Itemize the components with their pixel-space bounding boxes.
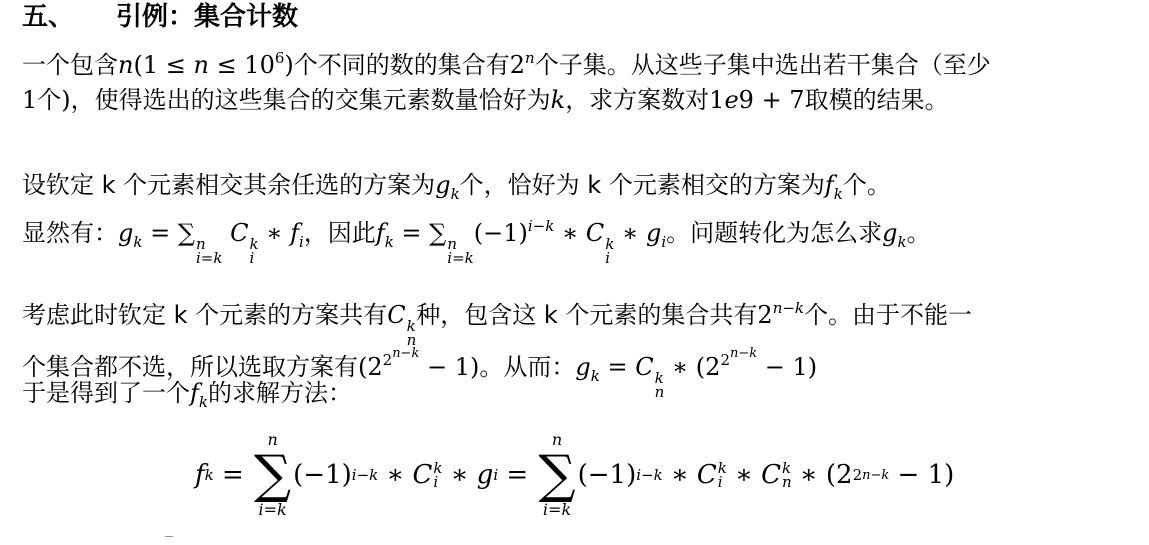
sigma-icon: ∑ [538,449,575,501]
problem-line-2: 1个)，使得选出的这些集合的交集元素数量恰好为k，求方案数对1e9 + 7取模的… [22,85,949,115]
subscript: k [834,185,843,203]
var-f: f [190,379,199,407]
text: 个。由于不能一 [804,301,972,329]
var-f: f [195,460,205,490]
text: 个元素相交的方案为 [601,171,825,199]
text: 。问题转化为怎么求 [666,219,882,247]
summation-2: n ∑ i=k [538,431,575,519]
text: 个不同的数的集合有2 [294,51,525,79]
text: 个元素的集合共有2 [558,301,773,329]
var-e: e [724,86,738,114]
text: 于是得到了一个 [22,379,190,407]
lower: n [655,385,665,399]
var-C: C [222,219,248,247]
lower-limit: i=k [259,501,287,519]
subscript: k [205,466,214,484]
sigma-icon: ∑ [254,449,291,501]
lower-limit: i=k [543,501,571,519]
text: ∗ [378,460,412,490]
text: ∗ (2 [664,353,720,381]
exponent: n−k [862,468,889,483]
text: ，求方案数对1 [565,86,724,114]
text: ∗ [259,219,291,247]
summation-1: n ∑ i=k [254,431,291,519]
var-C: C [586,219,604,247]
text: 显然有： [22,219,118,247]
var-f: f [825,171,834,199]
text: (−1) [293,460,352,490]
var-n: n [118,51,133,79]
var-g: g [118,219,133,247]
subscript: k [385,233,394,251]
C-indices: ki [249,237,258,265]
exponent: 2 [720,351,730,369]
subscript: k [898,233,907,251]
text: ，因此 [304,219,376,247]
text: (−1) [578,460,637,490]
text: 个子集。从这些子集中选出若干集合（至少 [535,51,991,79]
C-indices: kn [655,371,665,399]
var-g: g [477,460,494,490]
sum-symbol: = ∑ [394,219,447,247]
var-g: g [435,171,450,199]
text: ∗ [442,460,476,490]
equals: = [498,460,536,490]
var-k: k [174,301,188,329]
exponent: 2 [853,466,863,484]
text: − 1) [889,460,954,490]
exponent: 6 [275,49,285,67]
definition-line-2: 显然有：gk = ∑ni=k Cki ∗ fi，因此fk = ∑ni=k(−1)… [22,211,931,265]
sum-symbol: = ∑ [142,219,195,247]
text: ∗ [663,460,697,490]
definition-line-1: 设钦定 k 个元素相交其余任选的方案为gk个，恰好为 k 个元素相交的方案为fk… [22,170,891,209]
exponent: i−k [352,466,378,484]
text: 个元素的方案共有 [188,301,388,329]
subscript: k [591,367,600,385]
var-f: f [290,219,299,247]
exponent: n−k [392,346,419,361]
sum-limits: ni=k [196,237,222,265]
text: 。 [907,219,931,247]
cut-off-fragment [165,536,173,541]
exponent: n−k [773,299,804,317]
subscript: k [199,393,208,411]
text: 考虑此时钦定 [22,301,174,329]
text: ∗ [554,219,586,247]
text: ∗ [614,219,646,247]
sum-limits: ni=k [447,237,473,265]
text: ) [284,51,293,79]
lower: i=k [447,251,473,265]
text: ∗ (2 [792,460,853,490]
text: 设钦定 [22,171,102,199]
subscript: k [451,185,460,203]
var-f: f [376,219,385,247]
equals: = [214,460,252,490]
var-C: C [387,301,405,329]
text: (−1) [474,219,528,247]
var-g: g [882,219,897,247]
section-heading: 五、引例：集合计数 [22,2,298,32]
exponent: n−k [730,346,757,361]
var-k: k [544,301,558,329]
text: ∗ [727,460,761,490]
text: 个元素相交其余任选的方案为 [116,171,436,199]
display-formula: fk = n ∑ i=k (−1)i−k ∗ Cki ∗ gi = n ∑ i=… [195,425,954,525]
lower: n [782,475,792,489]
problem-line-1: 一个包含n(1 ≤ n ≤ 106)个不同的数的集合有2n个子集。从这些子集中选… [22,43,991,80]
text: 1个)，使得选出的这些集合的交集元素数量恰好为 [22,86,551,114]
text: 个。 [843,171,891,199]
var-k: k [551,86,566,114]
text: (1 ≤ [133,51,193,79]
text: 一个包含 [22,51,118,79]
var-C: C [635,353,653,381]
text: − 1) [757,353,817,381]
lower: i [249,251,258,265]
exponent: i−k [636,466,662,484]
var-C: C [761,460,781,490]
text: 个，恰好为 [460,171,588,199]
exponent: n [525,49,535,67]
section-number: 五、 [22,2,116,32]
text: − 1)。从而： [419,353,575,381]
var-g: g [646,219,661,247]
lower: i=k [196,251,222,265]
text: 种，包含这 [416,301,544,329]
var-k: k [102,171,116,199]
text: 9 + 7取模的结果。 [739,86,949,114]
C-indices: kn [782,461,792,489]
exponent: i−k [528,217,554,235]
lower: i [433,475,442,489]
C-indices: ki [433,461,442,489]
C-indices: ki [718,461,727,489]
text: = [600,353,635,381]
exponent: 2 [383,351,393,369]
var-g: g [575,353,590,381]
section-title: 引例：集合计数 [116,2,298,32]
lower: i [718,475,727,489]
var-C: C [697,460,717,490]
var-k: k [587,171,601,199]
text: 的求解方法： [208,379,352,407]
var-C: C [412,460,432,490]
text: ≤ 10 [209,51,275,79]
text: 个集合都不选，所以选取方案有(2 [22,353,383,381]
derivation-line-3: 于是得到了一个fk的求解方法： [22,378,352,417]
var-n: n [193,51,208,79]
lower: i [605,251,614,265]
